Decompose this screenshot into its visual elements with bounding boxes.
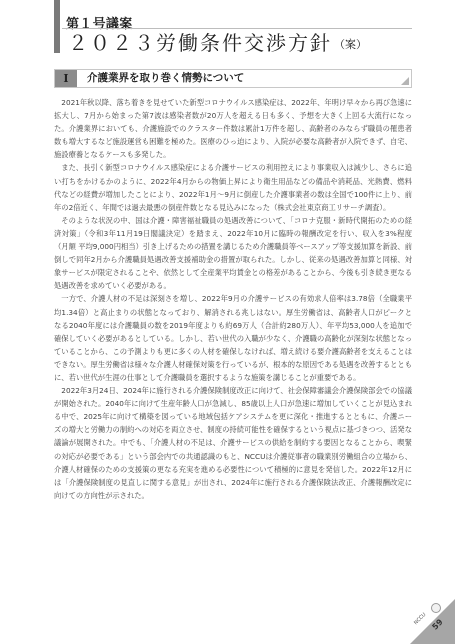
paragraph: 一方で、介護人材の不足は深刻さを増し、2022年9月の介護サービスの有効求人倍率… <box>54 292 412 384</box>
paragraph: そのような状況の中、国は介護・障害福祉職員の処遇改善について、「コロナ克服・新時… <box>54 214 412 293</box>
paragraph: 2021年秋以降、落ち着きを見せていた新型コロナウイルス感染症は、2022年、年… <box>54 96 412 161</box>
section-number: I <box>55 70 77 87</box>
page-title: ２０２３労働条件交渉方針（案） <box>68 32 367 56</box>
title-divider <box>62 28 412 29</box>
paragraph: また、長引く新型コロナウイルス感染症による介護サービスの利用控えにより事業収入は… <box>54 161 412 213</box>
corner-triangle-icon <box>401 77 409 85</box>
section-header: I 介護業界を取り巻く情勢について <box>54 69 412 88</box>
title-accent-bar <box>54 0 60 53</box>
logo-icon <box>431 603 441 613</box>
body-text: 2021年秋以降、落ち着きを見せていた新型コロナウイルス感染症は、2022年、年… <box>54 96 412 502</box>
agenda-label: 第１号議案 <box>66 13 133 32</box>
paragraph: 2022年3月24日、2024年に施行される介護保険制度改正に向けて、社会保障審… <box>54 384 412 502</box>
document-page: 第１号議案 ２０２３労働条件交渉方針（案） I 介護業界を取り巻く情勢について … <box>0 0 455 644</box>
section-title: 介護業界を取り巻く情勢について <box>87 70 244 87</box>
page-title-suffix: （案） <box>334 38 367 51</box>
page-title-text: ２０２３労働条件交渉方針 <box>68 31 332 55</box>
